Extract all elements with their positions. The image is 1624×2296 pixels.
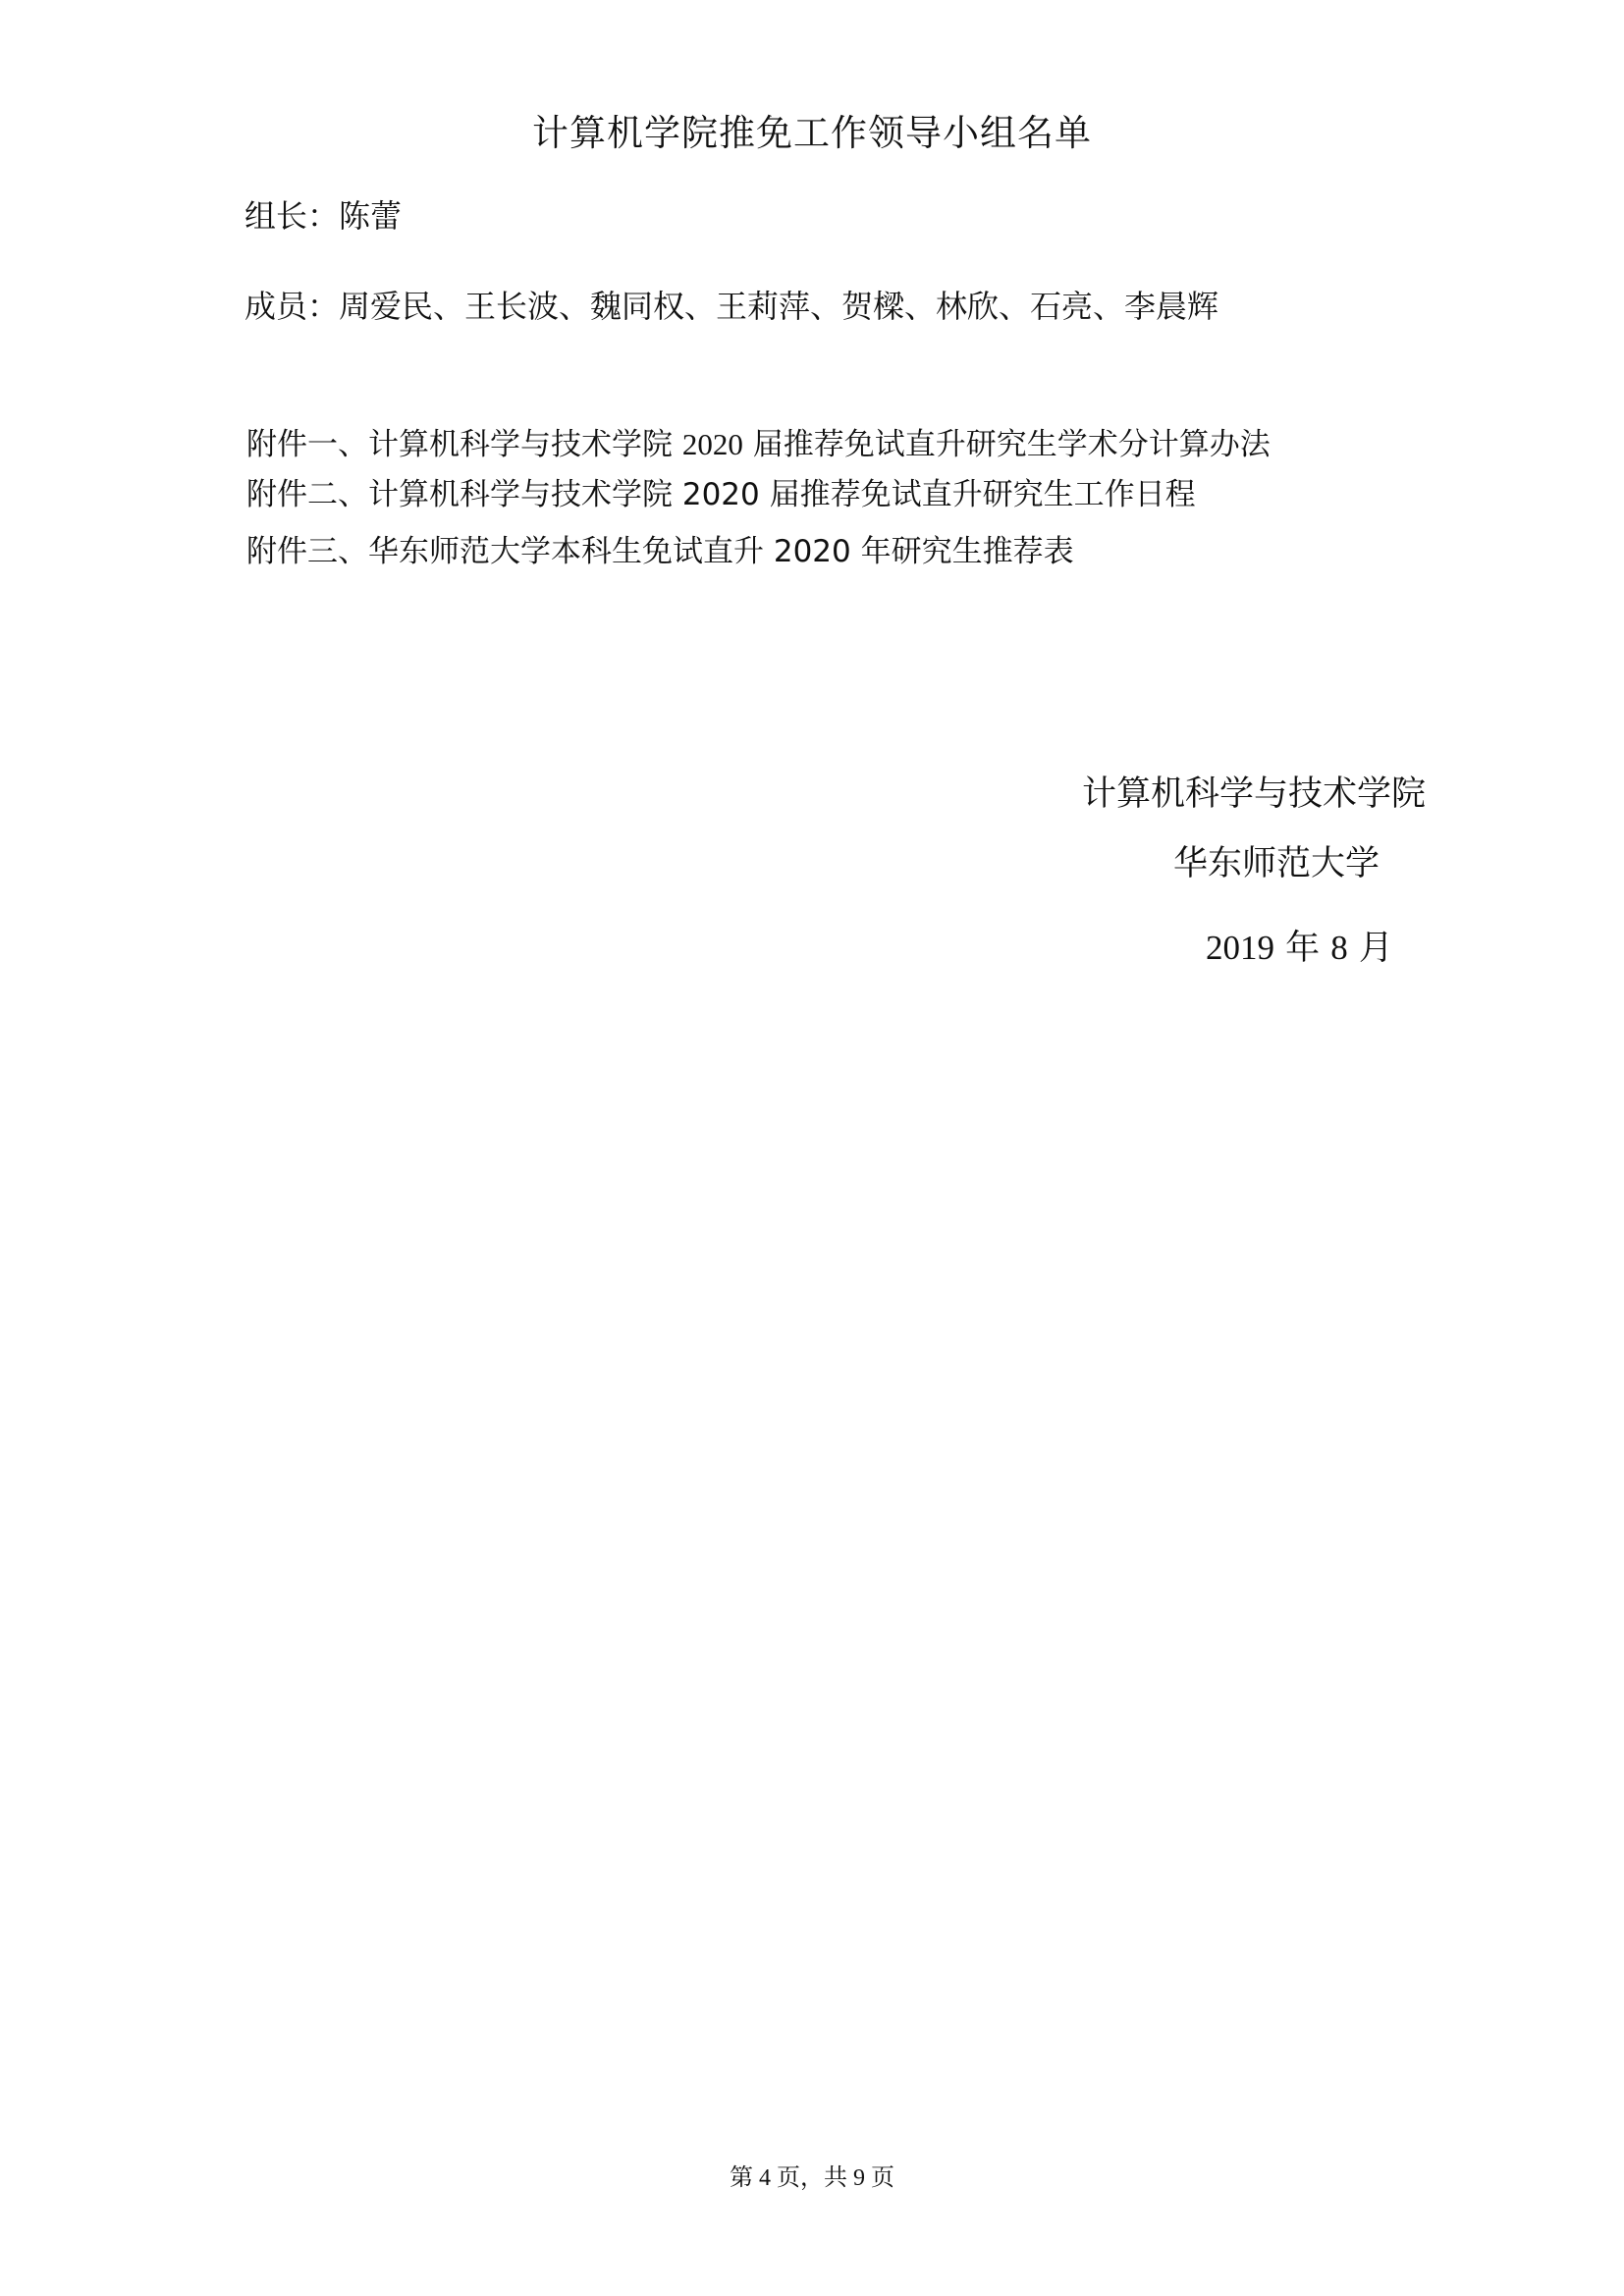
signature-department: 计算机科学与技术学院 xyxy=(1082,777,1426,812)
attachment-2-year: 2020 xyxy=(682,477,760,512)
signature-university: 华东师范大学 xyxy=(1173,847,1380,881)
document-title: 计算机学院推免工作领导小组名单 xyxy=(0,115,1624,151)
date-year-unit: 年 xyxy=(1274,929,1330,968)
page-number-footer: 第 4 页，共 9 页 xyxy=(0,2166,1624,2190)
date-month: 8 xyxy=(1330,929,1348,967)
leader-label: 组长： xyxy=(244,197,339,235)
leader-name: 陈蕾 xyxy=(339,197,402,235)
attachment-2-prefix: 附件二、计算机科学与技术学院 xyxy=(246,477,682,512)
attachment-2-suffix: 届推荐免试直升研究生工作日程 xyxy=(760,477,1196,512)
attachment-3: 附件三、华东师范大学本科生免试直升 2020 年研究生推荐表 xyxy=(246,537,1074,567)
attachment-3-prefix: 附件三、华东师范大学本科生免试直升 xyxy=(246,534,774,569)
members-label: 成员： xyxy=(244,288,339,325)
date-year: 2019 xyxy=(1206,929,1274,967)
members-line: 成员：周爱民、王长波、魏同权、王莉萍、贺樑、林欣、石亮、李晨辉 xyxy=(244,291,1218,322)
attachment-1-prefix: 附件一、计算机科学与技术学院 xyxy=(246,427,682,462)
attachment-2: 附件二、计算机科学与技术学院 2020 届推荐免试直升研究生工作日程 xyxy=(246,480,1196,510)
attachment-1: 附件一、计算机科学与技术学院 2020 届推荐免试直升研究生学术分计算办法 xyxy=(246,429,1271,460)
attachment-1-suffix: 届推荐免试直升研究生学术分计算办法 xyxy=(743,427,1271,462)
signature-date: 2019 年 8 月 xyxy=(1206,931,1393,966)
date-month-unit: 月 xyxy=(1348,929,1393,968)
attachment-3-year: 2020 xyxy=(774,534,851,569)
members-names: 周爱民、王长波、魏同权、王莉萍、贺樑、林欣、石亮、李晨辉 xyxy=(339,288,1218,325)
attachment-1-year: 2020 xyxy=(682,427,743,461)
leader-line: 组长：陈蕾 xyxy=(244,200,402,232)
attachment-3-suffix: 年研究生推荐表 xyxy=(851,534,1074,569)
